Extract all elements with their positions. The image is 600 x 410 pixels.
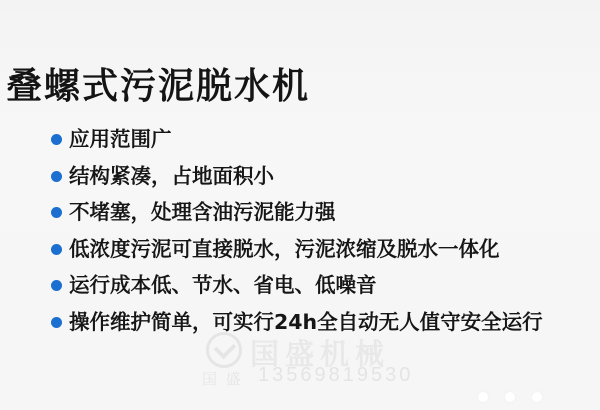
feature-text: 低浓度污泥可直接脱水，污泥浓缩及脱水一体化 [69, 237, 500, 261]
feature-text: 不堵塞，处理含油污泥能力强 [69, 200, 336, 224]
watermark-short-name: 国 盛 [202, 368, 243, 389]
bullet-icon [51, 280, 62, 291]
feature-item: 结构紧凑，占地面积小 [51, 161, 543, 198]
pager-dot-1[interactable] [478, 392, 488, 402]
bullet-icon [51, 171, 62, 182]
feature-list: 应用范围广 结构紧凑，占地面积小 不堵塞，处理含油污泥能力强 低浓度污泥可直接脱… [51, 124, 543, 343]
feature-item: 运行成本低、节水、省电、低噪音 [51, 270, 543, 307]
slide-title: 叠螺式污泥脱水机 [6, 58, 310, 109]
watermark-phone: 13569819530 [258, 364, 413, 387]
pager-dot-3[interactable] [532, 392, 542, 402]
bullet-icon [51, 244, 62, 255]
bullet-icon [51, 317, 62, 328]
bullet-icon [51, 207, 62, 218]
feature-item: 低浓度污泥可直接脱水，污泥浓缩及脱水一体化 [51, 234, 543, 271]
feature-text: 结构紧凑，占地面积小 [69, 164, 274, 188]
feature-item: 应用范围广 [51, 124, 543, 161]
carousel-pager [478, 392, 542, 402]
feature-text: 应用范围广 [69, 127, 172, 151]
watermark: 国盛机械 国 盛 13569819530 [200, 330, 440, 390]
bullet-icon [51, 134, 62, 145]
check-leaf-logo-icon [206, 332, 242, 368]
feature-item: 不堵塞，处理含油污泥能力强 [51, 197, 543, 234]
pager-dot-2[interactable] [505, 392, 515, 402]
feature-text: 运行成本低、节水、省电、低噪音 [69, 273, 377, 297]
